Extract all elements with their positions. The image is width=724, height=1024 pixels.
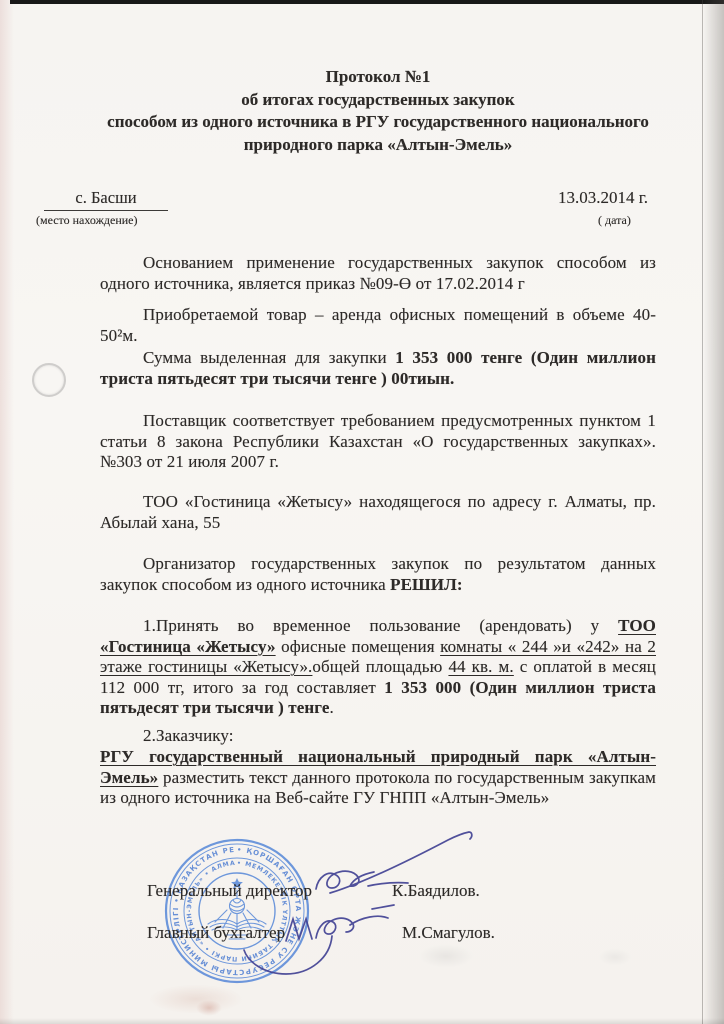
scan-bottom-edge xyxy=(0,1018,724,1024)
item2-heading-text: 2.Заказчику: xyxy=(143,726,234,745)
signature-row-accountant: Главный бухгалтер М.Смагулов. xyxy=(0,923,724,945)
paragraph-sum: Сумма выделенная для закупки 1 353 000 т… xyxy=(100,348,656,389)
item2-heading: 2.Заказчику: xyxy=(100,726,656,747)
title-line-4: природного парка «Алтын-Эмель» xyxy=(100,134,656,157)
stain xyxy=(196,1000,222,1016)
signature-role-director: Генеральный директор xyxy=(147,881,312,901)
paragraph-goods-text: Приобретаемой товар – аренда офисных пом… xyxy=(100,305,656,345)
paragraph-organizer-decision: РЕШИЛ: xyxy=(390,575,463,594)
paragraph-sum-prefix: Сумма выделенная для закупки xyxy=(143,348,395,367)
signature-name-accountant: М.Смагулов. xyxy=(402,923,495,943)
date-label: ( дата) xyxy=(598,213,631,228)
signature-row-director: Генеральный директор К.Баядилов. xyxy=(0,881,724,903)
item1-mid1: офисные помещения xyxy=(276,637,441,656)
title-line-3: способом из одного источника в РГУ госуд… xyxy=(100,111,656,134)
title-line-2: об итогах государственных закупок xyxy=(100,89,656,112)
paragraph-supplier: Поставщик соответствует требованием пред… xyxy=(100,411,656,473)
item1-pre: 1.Принять во временное пользование (арен… xyxy=(143,616,618,635)
item1-end: . xyxy=(330,698,334,717)
paragraph-organizer: Организатор государственных закупок по р… xyxy=(100,554,656,595)
punch-hole-ring xyxy=(32,363,66,397)
paragraph-supplier-company-text: ТОО «Гостиница «Жетысу» находящегося по … xyxy=(100,492,656,532)
place-value: с. Басши xyxy=(44,188,168,211)
title-line-1: Протокол №1 xyxy=(100,66,656,89)
signature-role-accountant: Главный бухгалтер xyxy=(147,923,285,943)
stain xyxy=(598,948,632,966)
signature-name-director: К.Баядилов. xyxy=(392,881,480,901)
paragraph-basis: Основанием применение государственных за… xyxy=(100,253,656,294)
paragraph-organizer-text: Организатор государственных закупок по р… xyxy=(100,554,656,594)
decision-item-1: 1.Принять во временное пользование (арен… xyxy=(100,616,656,719)
item1-mid2: общей площадью xyxy=(312,657,448,676)
item1-area: 44 кв. м. xyxy=(448,657,513,676)
paragraph-supplier-company: ТОО «Гостиница «Жетысу» находящегося по … xyxy=(100,492,656,533)
stain xyxy=(418,944,474,968)
place-label: (место нахождение) xyxy=(36,213,138,228)
scan-right-edge xyxy=(702,0,724,1024)
scan-left-tint xyxy=(0,0,14,1024)
paragraph-basis-text: Основанием применение государственных за… xyxy=(100,253,656,293)
scanned-document-page: Протокол №1 об итогах государственных за… xyxy=(0,0,724,1024)
document-title: Протокол №1 об итогах государственных за… xyxy=(100,66,656,156)
scan-top-edge xyxy=(10,0,724,4)
official-stamp: • ҚОРШАҒАН ОРТА ЖӘНЕ СУ РЕСУРСТАРЫ МИНИС… xyxy=(160,834,314,988)
date-value: 13.03.2014 г. xyxy=(558,188,648,208)
decision-item-2: РГУ государственный национальный природн… xyxy=(100,747,656,809)
item2-rest: разместить текст данного протокола по го… xyxy=(100,768,656,808)
paragraph-supplier-text: Поставщик соответствует требованием пред… xyxy=(100,411,656,471)
paragraph-goods: Приобретаемой товар – аренда офисных пом… xyxy=(100,305,656,346)
